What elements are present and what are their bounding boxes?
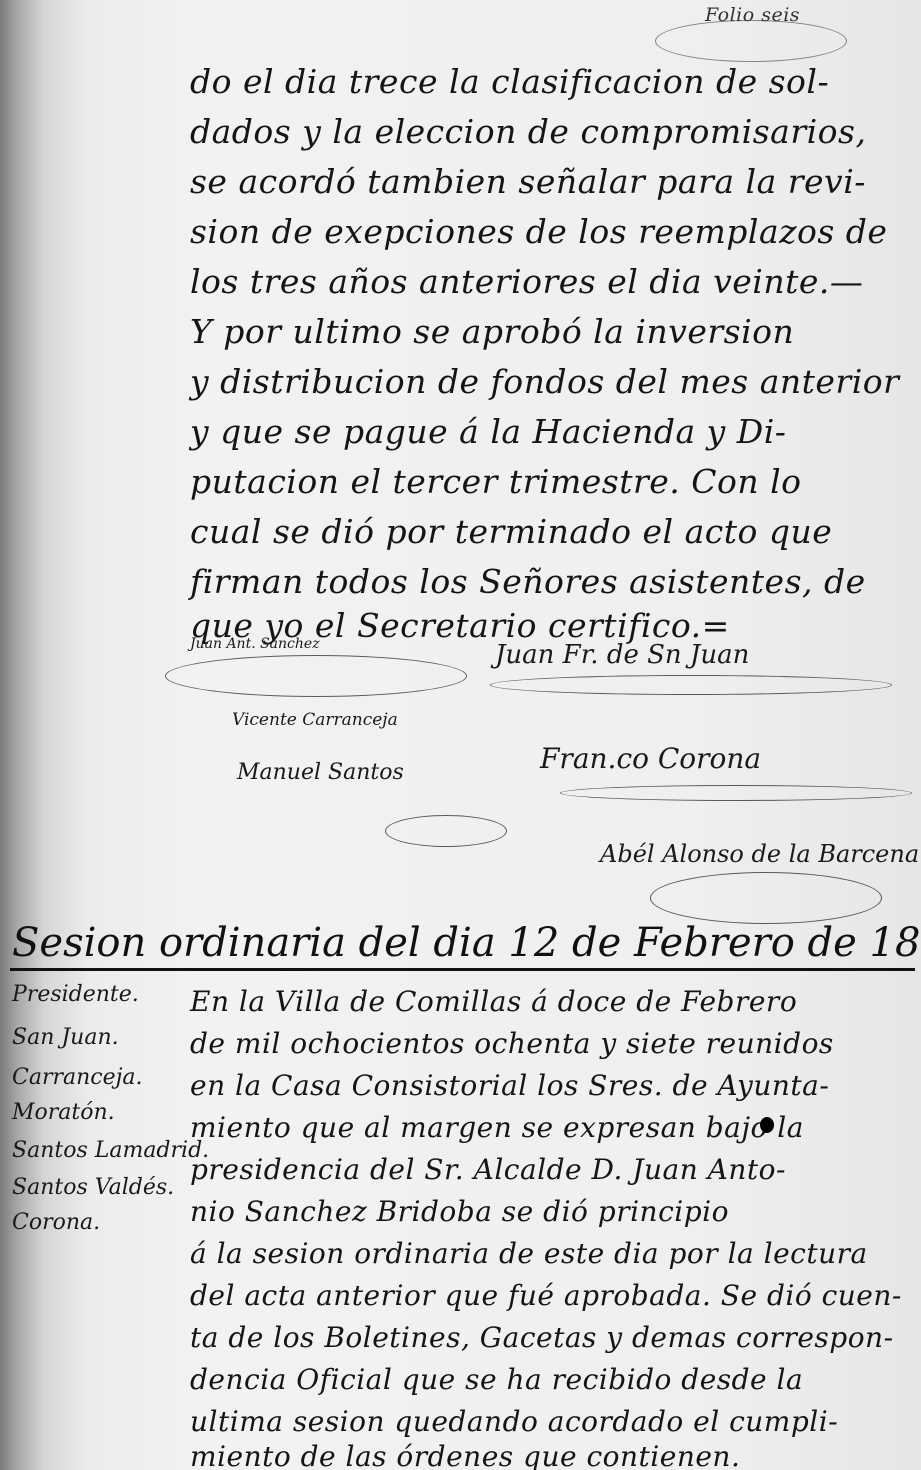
scanned-page: Folio seis do el dia trece la clasificac… xyxy=(0,0,921,1470)
continuation-line: los tres años anteriores el dia veinte.— xyxy=(190,262,863,301)
attendee-margin-name: San Juan. xyxy=(12,1025,119,1050)
attendee-margin-name: Moratón. xyxy=(12,1100,115,1125)
folio-note: Folio seis xyxy=(705,4,800,26)
signature-juan-fr-de-sn-juan: Juan Fr. de Sn Juan xyxy=(495,640,749,670)
signature-juan-ant-sanchez: Juan Ant. Sanchez xyxy=(190,636,320,652)
ink-blot xyxy=(760,1117,774,1133)
signature-francisco-corona: Fran.co Corona xyxy=(540,742,761,775)
session-text-line: En la Villa de Comillas á doce de Febrer… xyxy=(190,985,797,1018)
folio-flourish-decoration xyxy=(655,20,847,62)
attendee-margin-name: Corona. xyxy=(12,1210,100,1235)
session-text-line: á la sesion ordinaria de este dia por la… xyxy=(190,1237,868,1270)
signature-flourish xyxy=(490,675,892,695)
continuation-line: dados y la eleccion de compromisarios, xyxy=(190,112,866,151)
attendee-margin-name: Presidente. xyxy=(12,982,139,1007)
session-text-line: nio Sanchez Bridoba se dió principio xyxy=(190,1195,729,1228)
continuation-line: Y por ultimo se aprobó la inversion xyxy=(190,312,794,351)
session-text-line: dencia Oficial que se ha recibido desde … xyxy=(190,1363,803,1396)
signature-flourish xyxy=(385,815,507,847)
continuation-line: y que se pague á la Hacienda y Di- xyxy=(190,412,786,451)
session-text-line: de mil ochocientos ochenta y siete reuni… xyxy=(190,1027,834,1060)
session-text-line: ta de los Boletines, Gacetas y demas cor… xyxy=(190,1321,894,1354)
signature-flourish xyxy=(560,785,912,801)
session-text-line: presidencia del Sr. Alcalde D. Juan Anto… xyxy=(190,1153,786,1186)
continuation-line: firman todos los Señores asistentes, de xyxy=(190,562,866,601)
session-heading: Sesion ordinaria del dia 12 de Febrero d… xyxy=(12,920,921,966)
continuation-line: se acordó tambien señalar para la revi- xyxy=(190,162,866,201)
signature-flourish xyxy=(650,872,882,924)
session-text-line: del acta anterior que fué aprobada. Se d… xyxy=(190,1279,902,1312)
continuation-line: do el dia trece la clasificacion de sol- xyxy=(190,62,829,101)
heading-underline xyxy=(10,968,915,971)
continuation-line: cual se dió por terminado el acto que xyxy=(190,512,832,551)
session-text-line: en la Casa Consistorial los Sres. de Ayu… xyxy=(190,1069,829,1102)
attendee-margin-name: Santos Lamadrid. xyxy=(12,1138,209,1163)
attendee-margin-name: Carranceja. xyxy=(12,1065,143,1090)
continuation-line: putacion el tercer trimestre. Con lo xyxy=(190,462,802,501)
signature-vicente-carranceja: Vicente Carranceja xyxy=(232,710,398,730)
session-text-line: ultima sesion quedando acordado el cumpl… xyxy=(190,1405,838,1438)
signature-flourish xyxy=(165,655,467,697)
continuation-line: sion de exepciones de los reemplazos de xyxy=(190,212,887,251)
continuation-line: y distribucion de fondos del mes anterio… xyxy=(190,362,899,401)
session-text-line: miento que al margen se expresan bajo la xyxy=(190,1111,804,1144)
signature-manuel-santos: Manuel Santos xyxy=(237,760,404,785)
signature-abel-alonso-de-la-barcena: Abél Alonso de la Barcena xyxy=(600,840,919,868)
session-text-line: miento de las órdenes que contienen. xyxy=(190,1440,740,1470)
attendee-margin-name: Santos Valdés. xyxy=(12,1175,174,1200)
